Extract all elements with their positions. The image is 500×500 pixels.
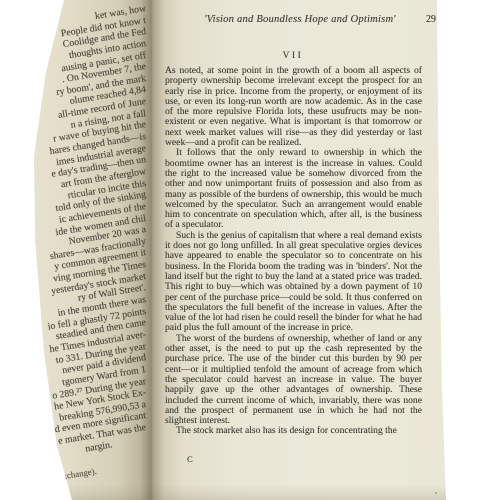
section-heading: VII [164,51,422,61]
open-book: ket was, howPeople did not know tCoolidg… [0,0,500,500]
left-page: ket was, howPeople did not know tCoolidg… [0,0,152,500]
book-photo: ket was, howPeople did not know tCoolidg… [0,0,500,500]
left-page-footnote: Exchange). [7,458,147,490]
running-head: 'Vision and Boundless Hope and Optimism'… [164,14,436,28]
body-paragraph: Such is the genius of capitalism that wh… [165,231,422,334]
left-page-text: ket was, howPeople did not know tCoolidg… [6,3,146,445]
page-body: As noted, at some point in the growth of… [165,66,422,437]
page-number: 29 [426,14,436,25]
right-page: 'Vision and Boundless Hope and Optimism'… [152,0,500,500]
body-paragraph: The worst of the burdens of ownership, w… [165,334,422,427]
body-paragraph: The stock market also has its design for… [165,426,422,436]
body-paragraph: It follows that the only reward to owner… [165,148,422,230]
body-paragraph: As noted, at some point in the growth of… [165,66,422,148]
chapter-title: 'Vision and Boundless Hope and Optimism' [164,14,436,25]
signature-mark: C [187,454,193,464]
page-speck [435,492,437,494]
